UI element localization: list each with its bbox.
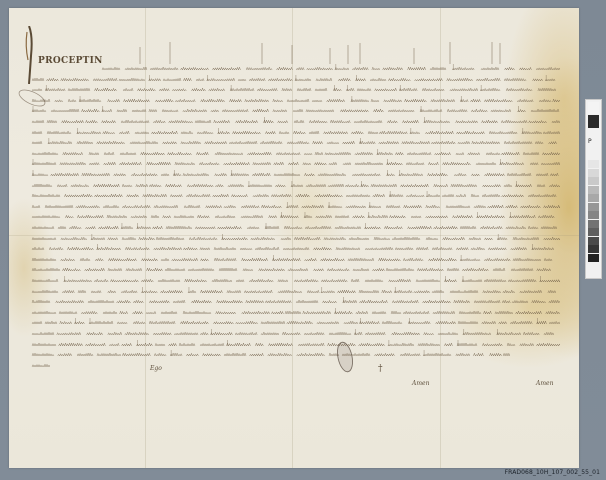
text-line (30, 234, 560, 243)
color-patch (588, 186, 599, 194)
text-line (30, 318, 560, 327)
text-line (30, 212, 560, 221)
archive-reference-caption: FRAD068_10H_107_002_55_01 (505, 469, 600, 476)
text-line (30, 128, 560, 137)
text-line (30, 265, 560, 274)
text-line (30, 202, 560, 211)
text-line (30, 191, 560, 200)
ascender-strokes (30, 36, 560, 70)
color-patch (588, 220, 599, 228)
color-patch (588, 211, 599, 219)
text-line (30, 287, 560, 296)
text-line (30, 308, 560, 317)
color-patch (588, 203, 599, 211)
text-line (30, 361, 50, 370)
subscription-mark: Amen (536, 380, 553, 387)
text-line (30, 149, 560, 158)
color-patch (588, 254, 599, 262)
text-line (30, 223, 560, 232)
color-patch (588, 115, 599, 128)
text-line (30, 170, 560, 179)
scale-label: P (588, 138, 592, 145)
text-line (30, 255, 560, 264)
text-line (30, 297, 560, 306)
text-line (30, 329, 560, 338)
color-patch (588, 194, 599, 202)
text-line (30, 117, 560, 126)
text-line (30, 85, 560, 94)
color-patch (588, 245, 599, 253)
color-calibration-strip: P (585, 99, 602, 279)
text-line (30, 340, 560, 349)
text-line (30, 181, 560, 190)
text-line (30, 138, 560, 147)
color-patch (588, 160, 599, 168)
image-viewer: PROCEPTIN Ego † Amen Amen P FRAD068_10H_… (0, 0, 606, 480)
text-line (30, 244, 560, 253)
subscription-mark: Ego (150, 365, 162, 372)
cross-mark: † (378, 364, 383, 374)
color-patch (588, 237, 599, 245)
color-patch (588, 102, 599, 114)
text-line (30, 276, 560, 285)
text-line (30, 96, 560, 105)
color-patch (588, 177, 599, 185)
subscription-mark: Amen (412, 380, 429, 387)
color-patch (588, 228, 599, 236)
text-line (30, 350, 510, 359)
text-line (30, 106, 560, 115)
text-line (30, 75, 560, 84)
text-line (30, 159, 560, 168)
color-patch (588, 169, 599, 177)
